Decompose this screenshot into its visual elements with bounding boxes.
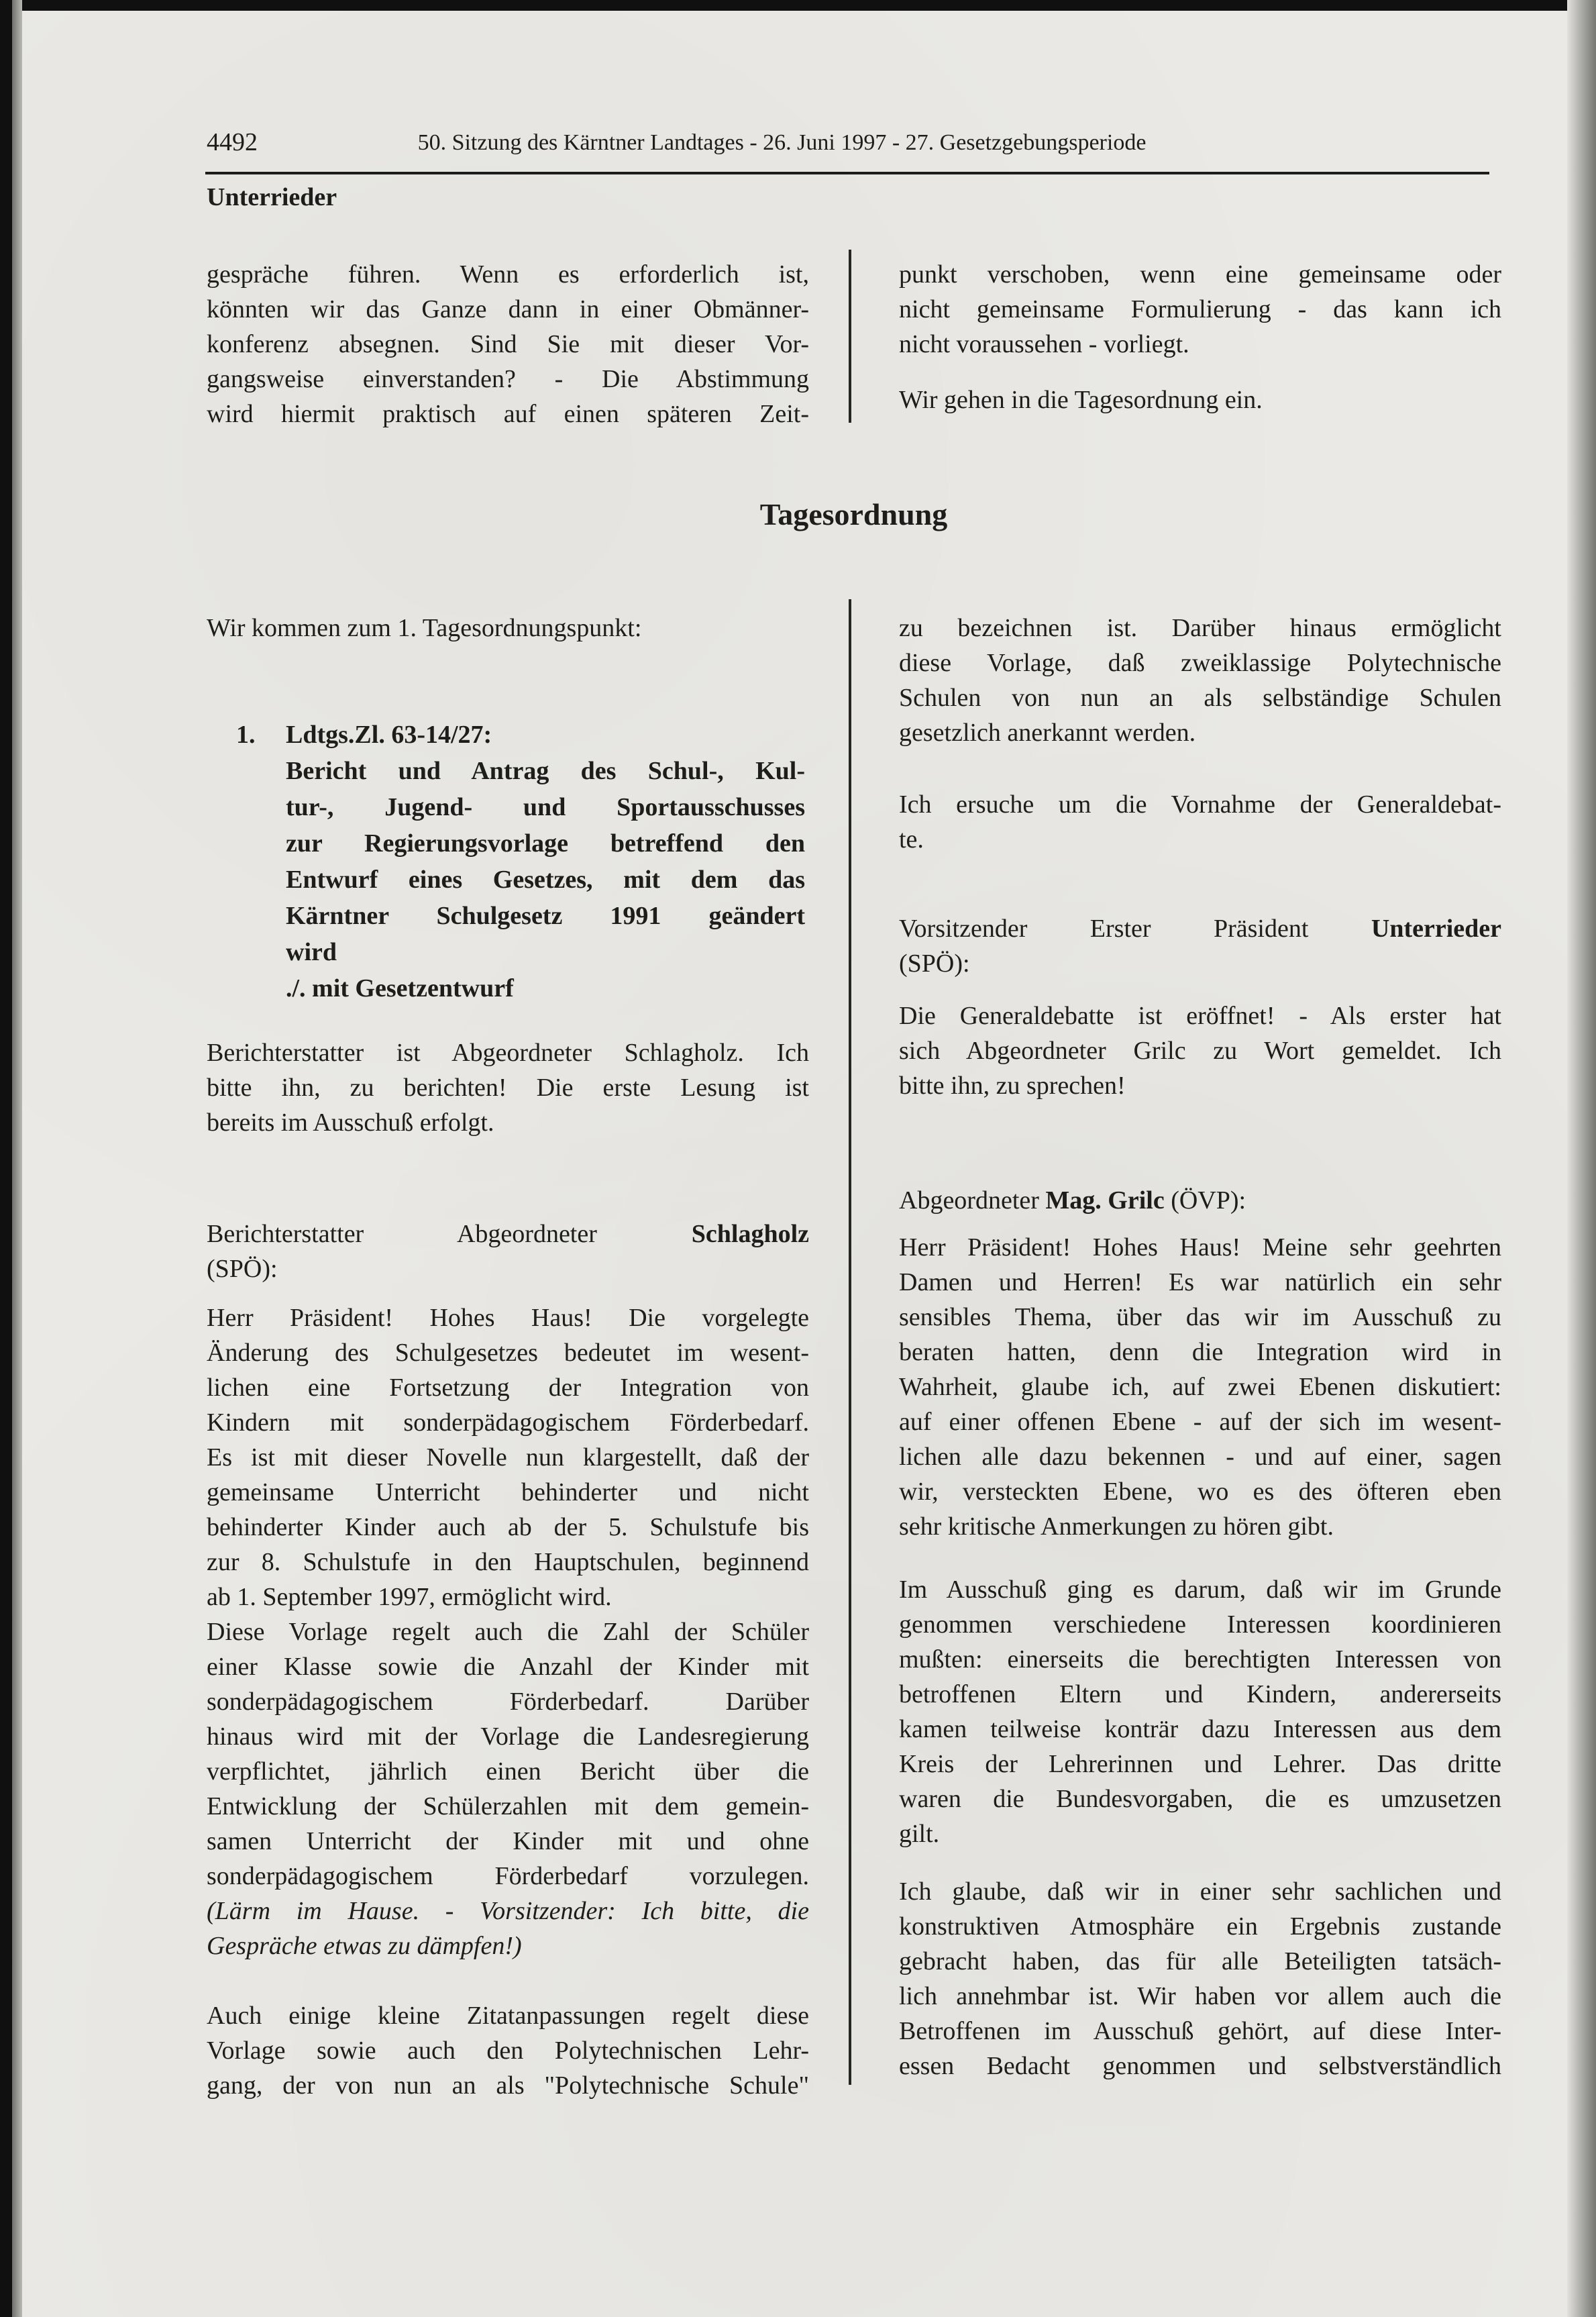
column-divider-main [849,599,851,2085]
text-line: ./. mit Gesetzentwurf [286,970,805,1007]
text-line: Wir gehen in die Tagesordnung ein. [899,382,1501,417]
text-line: Bericht und Antrag des Schul-, Kul- [286,753,805,789]
text-line: Ich ersuche um die Vornahme der Generald… [899,787,1501,822]
text-line: ab 1. September 1997, ermöglicht wird. [207,1580,809,1614]
text-line: gesetzlich anerkannt werden. [899,715,1501,750]
text-line: lichen eine Fortsetzung der Integration … [207,1370,809,1405]
header-rule [205,172,1489,174]
text-line: mußten: einerseits die berechtigten Inte… [899,1642,1501,1677]
text-line: Kreis der Lehrerinnen und Lehrer. Das dr… [899,1747,1501,1782]
agenda-heading: Tagesordnung [207,497,1501,532]
text-line: konferenz absegnen. Sind Sie mit dieser … [207,327,809,362]
text-line: bereits im Ausschuß erfolgt. [207,1105,809,1140]
text-line: diese Vorlage, daß zweiklassige Polytech… [899,646,1501,680]
speech-paragraph-grilc-3: Ich glaube, daß wir in einer sehr sachli… [899,1874,1501,2083]
agenda-item-number: 1. [236,717,256,753]
text-line: könnten wir das Ganze dann in einer Obmä… [207,292,809,327]
paragraph-tagesordnung-intro: Wir gehen in die Tagesordnung ein. [899,382,1501,417]
text-line: Gespräche etwas zu dämpfen!) [207,1928,809,1963]
text-line: waren die Bundesvorgaben, die es umzuset… [899,1782,1501,1816]
speaker-heading-unterrieder: Vorsitzender Erster Präsident Unterriede… [899,911,1501,981]
speaker-role: Abgeordneter [899,1186,1045,1215]
text-line: Vorlage sowie auch den Polytechnischen L… [207,2033,809,2068]
text-line: Die Generaldebatte ist eröffnet! - Als e… [899,998,1501,1033]
text-line: Berichterstatter ist Abgeordneter Schlag… [207,1035,809,1070]
text-line: nicht voraussehen - vorliegt. [899,327,1501,362]
text-line: behinderter Kinder auch ab der 5. Schuls… [207,1510,809,1545]
speaker-party: (ÖVP): [1165,1186,1246,1215]
text-line: hinaus wird mit der Vorlage die Landesre… [207,1719,809,1754]
text-line: sensibles Thema, über das wir im Ausschu… [899,1300,1501,1335]
speech-paragraph-schlagholz: Herr Präsident! Hohes Haus! Die vorgeleg… [207,1300,809,1894]
column-divider-top [849,250,851,423]
text-line: lich annehmbar ist. Wir haben vor allem … [899,1979,1501,2014]
text-line: Entwicklung der Schülerzahlen mit dem ge… [207,1789,809,1824]
text-line: sich Abgeordneter Grilc zu Wort gemeldet… [899,1033,1501,1068]
paragraph-right-continuation: punkt verschoben, wenn eine gemeinsame o… [899,257,1501,362]
text-line: genommen verschiedene Interessen koordin… [899,1607,1501,1642]
text-line: konstruktiven Atmosphäre ein Ergebnis zu… [899,1909,1501,1944]
speech-paragraph-schlagholz-2: Auch einige kleine Zitatanpassungen rege… [207,1998,809,2103]
scan-strip-right [1567,0,1596,2317]
text-line: gang, der von nun an als "Polytechnische… [207,2068,809,2103]
text-line: gebracht haben, das für alle Beteiligten… [899,1944,1501,1979]
text-line: sehr kritische Anmerkungen zu hören gibt… [899,1509,1501,1544]
text-line: essen Bedacht genommen und selbstverstän… [899,2049,1501,2083]
text-line: Kärntner Schulgesetz 1991 geändert [286,898,805,934]
text-line: Damen und Herren! Es war natürlich ein s… [899,1265,1501,1300]
text-line: Wir kommen zum 1. Tagesordnungspunkt: [207,611,809,646]
speaker-heading-line: Berichterstatter Abgeordneter Schlagholz [207,1217,809,1251]
text-line: wir, versteckten Ebene, wo es des öftere… [899,1474,1501,1509]
stage-direction: (Lärm im Hause. - Vorsitzender: Ich bitt… [207,1894,809,1963]
text-line: zur Regierungsvorlage betreffend den [286,825,805,862]
text-line: Ich glaube, daß wir in einer sehr sachli… [899,1874,1501,1909]
text-line: gangsweise einverstanden? - Die Abstimmu… [207,362,809,397]
paragraph-agenda-point-intro: Wir kommen zum 1. Tagesordnungspunkt: [207,611,809,646]
speaker-role: Vorsitzender Erster Präsident [899,915,1371,943]
text-line: Entwurf eines Gesetzes, mit dem das [286,862,805,898]
speaker-name: Mag. Grilc [1045,1186,1164,1215]
speaker-name: Schlagholz [692,1220,809,1248]
text-line: Schulen von nun an als selbständige Schu… [899,680,1501,715]
speaker-party: (SPÖ): [207,1251,809,1286]
text-line: einer Klasse sowie die Anzahl der Kinder… [207,1649,809,1684]
text-line: (Lärm im Hause. - Vorsitzender: Ich bitt… [207,1894,809,1928]
speaker-heading-schlagholz: Berichterstatter Abgeordneter Schlagholz… [207,1217,809,1286]
speech-paragraph-unterrieder: Die Generaldebatte ist eröffnet! - Als e… [899,998,1501,1103]
text-line: wird hiermit praktisch auf einen spätere… [207,397,809,431]
text-line: sonderpädagogischem Förderbedarf. Darübe… [207,1684,809,1719]
speaker-heading-grilc: Abgeordneter Mag. Grilc (ÖVP): [899,1183,1501,1218]
speaker-role: Berichterstatter Abgeordneter [207,1220,692,1248]
text-line: betroffenen Eltern und Kindern, anderers… [899,1677,1501,1712]
agenda-item-text: Ldtgs.Zl. 63-14/27:Bericht und Antrag de… [286,717,805,1007]
text-line: tur-, Jugend- und Sportausschusses [286,789,805,825]
text-line: gemeinsame Unterricht behinderter und ni… [207,1475,809,1510]
text-line: verpflichtet, jährlich einen Bericht übe… [207,1754,809,1789]
text-line: Kindern mit sonderpädagogischem Förderbe… [207,1405,809,1440]
speech-paragraph-right-top: zu bezeichnen ist. Darüber hinaus ermögl… [899,611,1501,750]
text-line: Wahrheit, glaube ich, auf zwei Ebenen di… [899,1370,1501,1404]
text-line: Es ist mit dieser Novelle nun klargestel… [207,1440,809,1475]
paragraph-left-continuation: gespräche führen. Wenn es erforderlich i… [207,257,809,431]
running-header-speaker: Unterrieder [207,183,337,212]
scan-edge-top [0,0,1596,11]
text-line: lichen alle dazu bekennen - und auf eine… [899,1439,1501,1474]
text-line: punkt verschoben, wenn eine gemeinsame o… [899,257,1501,292]
text-line: Betroffenen im Ausschuß gehört, auf dies… [899,2014,1501,2049]
text-line: Im Ausschuß ging es darum, daß wir im Gr… [899,1572,1501,1607]
text-line: zur 8. Schulstufe in den Hauptschulen, b… [207,1545,809,1580]
text-line: nicht gemeinsame Formulierung - das kann… [899,292,1501,327]
session-header: 50. Sitzung des Kärntner Landtages - 26.… [207,130,1357,156]
text-line: samen Unterricht der Kinder mit und ohne [207,1824,809,1859]
speaker-heading-line: Abgeordneter Mag. Grilc (ÖVP): [899,1183,1501,1218]
speaker-party: (SPÖ): [899,946,1501,981]
text-line: wird [286,934,805,970]
text-line: bitte ihn, zu sprechen! [899,1068,1501,1103]
text-line: kamen teilweise konträr dazu Interessen … [899,1712,1501,1747]
text-line: Diese Vorlage regelt auch die Zahl der S… [207,1614,809,1649]
text-line: Ldtgs.Zl. 63-14/27: [286,717,805,753]
protocol-page: 4492 50. Sitzung des Kärntner Landtages … [0,0,1596,2317]
speaker-heading-line: Vorsitzender Erster Präsident Unterriede… [899,911,1501,946]
text-line: Herr Präsident! Hohes Haus! Die vorgeleg… [207,1300,809,1335]
speech-paragraph-grilc-2: Im Ausschuß ging es darum, daß wir im Gr… [899,1572,1501,1851]
text-line: gespräche führen. Wenn es erforderlich i… [207,257,809,292]
text-line: zu bezeichnen ist. Darüber hinaus ermögl… [899,611,1501,646]
speaker-name: Unterrieder [1371,915,1501,943]
text-line: beraten hatten, denn die Integration wir… [899,1335,1501,1370]
paragraph-berichterstatter-announcement: Berichterstatter ist Abgeordneter Schlag… [207,1035,809,1140]
text-line: sonderpädagogischem Förderbedarf vorzule… [207,1859,809,1894]
text-line: Änderung des Schulgesetzes bedeutet im w… [207,1335,809,1370]
scan-edge-left [0,0,12,2317]
text-line: Herr Präsident! Hohes Haus! Meine sehr g… [899,1230,1501,1265]
text-line: Auch einige kleine Zitatanpassungen rege… [207,1998,809,2033]
text-line: gilt. [899,1816,1501,1851]
text-line: te. [899,822,1501,857]
speech-paragraph-grilc-1: Herr Präsident! Hohes Haus! Meine sehr g… [899,1230,1501,1544]
paragraph-generaldebatte-request: Ich ersuche um die Vornahme der Generald… [899,787,1501,857]
text-line: auf einer offenen Ebene - auf der sich i… [899,1404,1501,1439]
text-line: bitte ihn, zu berichten! Die erste Lesun… [207,1070,809,1105]
scan-strip-left [12,0,22,2317]
